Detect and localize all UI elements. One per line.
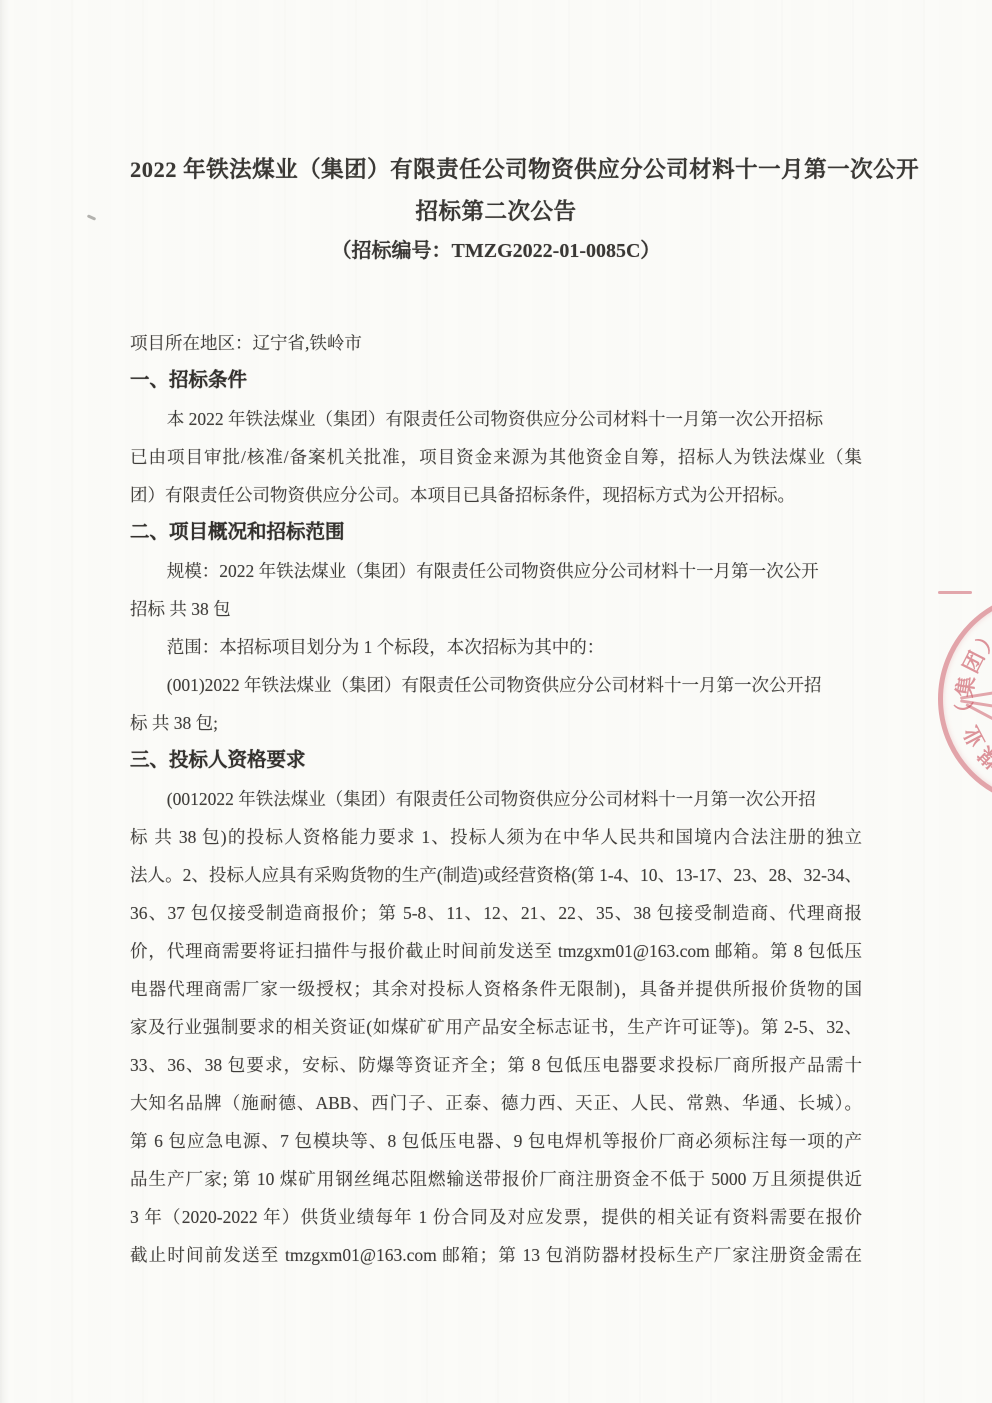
tender-number: （招标编号：TMZG2022-01-0085C） bbox=[130, 232, 862, 270]
document-title-line-2: 招标第二次公告 bbox=[130, 192, 862, 232]
section-3-line: 法人。2、投标人应具有采购货物的生产(制造)或经营资格(第 1-4、10、13-… bbox=[130, 856, 862, 894]
scanned-document-page: 2022 年铁法煤业（集团）有限责任公司物资供应分公司材料十一月第一次公开 招标… bbox=[0, 0, 992, 1403]
section-3-line: 家及行业强制要求的相关资证(如煤矿矿用产品安全标志证书，生产许可证等)。第 2-… bbox=[130, 1008, 862, 1046]
section-1-line: 本 2022 年铁法煤业（集团）有限责任公司物资供应分公司材料十一月第一次公开招… bbox=[130, 400, 862, 438]
section-2-line: (001)2022 年铁法煤业（集团）有限责任公司物资供应分公司材料十一月第一次… bbox=[130, 666, 862, 704]
section-2-line: 标 共 38 包; bbox=[130, 704, 862, 742]
section-2-line: 规模：2022 年铁法煤业（集团）有限责任公司物资供应分公司材料十一月第一次公开 bbox=[130, 552, 862, 590]
section-3-heading: 三、投标人资格要求 bbox=[130, 742, 862, 780]
section-3-line: (0012022 年铁法煤业（集团）有限责任公司物资供应分公司材料十一月第一次公… bbox=[130, 780, 862, 818]
section-1-line: 团）有限责任公司物资供应分公司。本项目已具备招标条件，现招标方式为公开招标。 bbox=[130, 476, 862, 514]
project-location: 项目所在地区：辽宁省,铁岭市 bbox=[130, 324, 862, 362]
section-3-line: 第 6 包应急电源、7 包模块等、8 包低压电器、9 包电焊机等报价厂商必须标注… bbox=[130, 1122, 862, 1160]
section-1-heading: 一、招标条件 bbox=[130, 362, 862, 400]
section-3-line: 品生产厂家; 第 10 煤矿用钢丝绳芯阻燃输送带报价厂商注册资金不低于 5000… bbox=[130, 1160, 862, 1198]
seal-ring bbox=[938, 591, 992, 807]
section-3-line: 36、37 包仅接受制造商报价；第 5-8、11、12、21、22、35、38 … bbox=[130, 894, 862, 932]
document-title-line-1: 2022 年铁法煤业（集团）有限责任公司物资供应分公司材料十一月第一次公开 bbox=[130, 148, 862, 192]
section-3-line: 截止时间前发送至 tmzgxm01@163.com 邮箱；第 13 包消防器材投… bbox=[130, 1236, 862, 1274]
scan-speck bbox=[87, 214, 96, 220]
document-body: 项目所在地区：辽宁省,铁岭市 一、招标条件 本 2022 年铁法煤业（集团）有限… bbox=[130, 324, 862, 1274]
company-seal-stamp: 限有）团集（业煤法铁 bbox=[938, 591, 992, 807]
section-3-line: 电器代理商需厂家一级授权；其余对投标人资格条件无限制)，具备并提供所报价货物的国 bbox=[130, 970, 862, 1008]
section-2-line: 招标 共 38 包 bbox=[130, 590, 862, 628]
section-2-heading: 二、项目概况和招标范围 bbox=[130, 514, 862, 552]
section-3-line: 33、36、38 包要求，安标、防爆等资证齐全；第 8 包低压电器要求投标厂商所… bbox=[130, 1046, 862, 1084]
section-3-line: 价，代理商需要将证扫描件与报价截止时间前发送至 tmzgxm01@163.com… bbox=[130, 932, 862, 970]
section-3-line: 大知名品牌（施耐德、ABB、西门子、正泰、德力西、天正、人民、常熟、华通、长城）… bbox=[130, 1084, 862, 1122]
section-3-line: 标 共 38 包)的投标人资格能力要求 1、投标人须为在中华人民共和国境内合法注… bbox=[130, 818, 862, 856]
document-content: 2022 年铁法煤业（集团）有限责任公司物资供应分公司材料十一月第一次公开 招标… bbox=[130, 0, 862, 1274]
seal-star-ray bbox=[938, 591, 972, 594]
section-1-line: 已由项目审批/核准/备案机关批准，项目资金来源为其他资金自筹，招标人为铁法煤业（… bbox=[130, 438, 862, 476]
section-2-line: 范围：本招标项目划分为 1 个标段，本次招标为其中的： bbox=[130, 628, 862, 666]
section-3-line: 3 年（2020-2022 年）供货业绩每年 1 份合同及对应发票，提供的相关证… bbox=[130, 1198, 862, 1236]
